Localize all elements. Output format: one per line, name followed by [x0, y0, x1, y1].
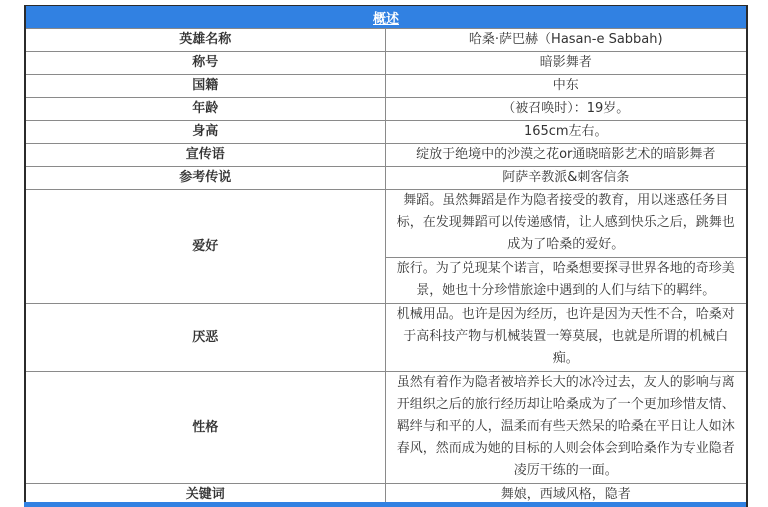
table-row-height: 身高 165cm左右。 [25, 121, 747, 144]
row-value: 绽放于绝境中的沙漠之花or通晓暗影艺术的暗影舞者 [385, 144, 747, 167]
table-row-dislike: 厌恶 机械用品。也许是因为经历，也许是因为天性不合，哈桑对于高科技产物与机械装置… [25, 304, 747, 372]
overview-table: 概述 英雄名称 哈桑·萨巴赫（Hasan-e Sabbah) 称号 暗影舞者 国… [24, 5, 748, 507]
table-row-hobby: 爱好 舞蹈。虽然舞蹈是作为隐者接受的教育，用以迷惑任务目标，在发现舞蹈可以传递感… [25, 190, 747, 258]
row-value: 暗影舞者 [385, 52, 747, 75]
row-key: 国籍 [25, 75, 385, 98]
row-value-hobby-1: 舞蹈。虽然舞蹈是作为隐者接受的教育，用以迷惑任务目标，在发现舞蹈可以传递感情，让… [385, 190, 747, 258]
table-row-title: 称号 暗影舞者 [25, 52, 747, 75]
table-row-personality: 性格 虽然有着作为隐者被培养长大的冰冷过去，友人的影响与离开组织之后的旅行经历却… [25, 372, 747, 484]
row-value: 阿萨辛教派&刺客信条 [385, 167, 747, 190]
row-value-hobby-2: 旅行。为了兑现某个诺言，哈桑想要探寻世界各地的奇珍美景，她也十分珍惜旅途中遇到的… [385, 258, 747, 304]
row-value: 中东 [385, 75, 747, 98]
table-row-nationality: 国籍 中东 [25, 75, 747, 98]
row-key: 称号 [25, 52, 385, 75]
table-row-slogan: 宣传语 绽放于绝境中的沙漠之花or通晓暗影艺术的暗影舞者 [25, 144, 747, 167]
row-key: 英雄名称 [25, 29, 385, 52]
table-footer-bar [24, 502, 746, 507]
row-key: 爱好 [25, 190, 385, 304]
row-value: （被召唤时）：19岁。 [385, 98, 747, 121]
row-key: 参考传说 [25, 167, 385, 190]
row-key: 年龄 [25, 98, 385, 121]
row-value: 哈桑·萨巴赫（Hasan-e Sabbah) [385, 29, 747, 52]
row-key: 身高 [25, 121, 385, 144]
row-value: 虽然有着作为隐者被培养长大的冰冷过去，友人的影响与离开组织之后的旅行经历却让哈桑… [385, 372, 747, 484]
row-key: 厌恶 [25, 304, 385, 372]
table-title[interactable]: 概述 [373, 12, 399, 27]
table-row-reference: 参考传说 阿萨辛教派&刺客信条 [25, 167, 747, 190]
table-row-name: 英雄名称 哈桑·萨巴赫（Hasan-e Sabbah) [25, 29, 747, 52]
table-header: 概述 [25, 6, 747, 29]
row-key: 宣传语 [25, 144, 385, 167]
table-row-age: 年龄 （被召唤时）：19岁。 [25, 98, 747, 121]
row-value: 165cm左右。 [385, 121, 747, 144]
overview-table-container: 概述 英雄名称 哈桑·萨巴赫（Hasan-e Sabbah) 称号 暗影舞者 国… [24, 5, 746, 507]
row-value: 机械用品。也许是因为经历，也许是因为天性不合，哈桑对于高科技产物与机械装置一筹莫… [385, 304, 747, 372]
row-key: 性格 [25, 372, 385, 484]
